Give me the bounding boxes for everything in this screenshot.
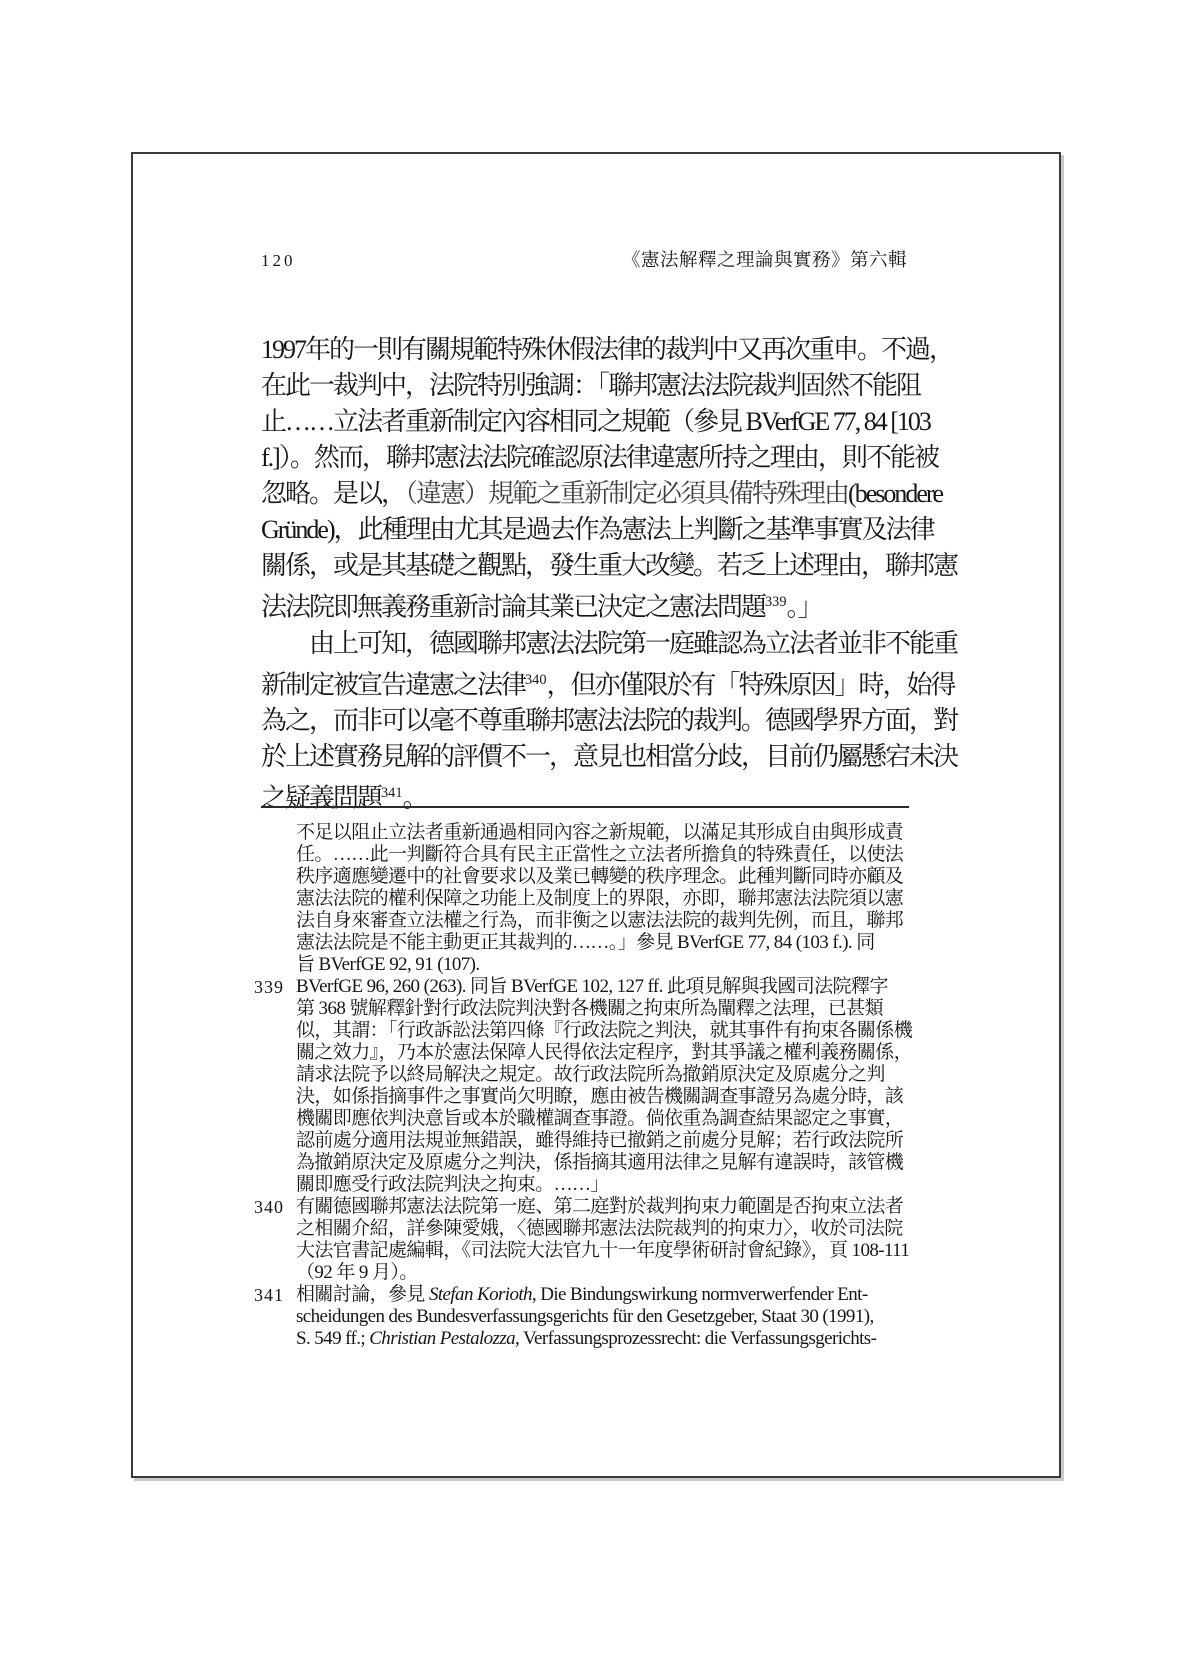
main-text-block: 1997年的一則有關規範特殊休假法律的裁判中又再次重申。不過， 在此一裁判中，法…	[261, 332, 913, 817]
running-header: 120 《憲法解釋之理論與實務》第六輯	[261, 246, 907, 272]
page-border: 120 《憲法解釋之理論與實務》第六輯 1997年的一則有關規範特殊休假法律的裁…	[131, 152, 1061, 1478]
body-text-line: 新制定被宣告違憲之法律340，但亦僅限於有「特殊原因」時，始得	[261, 662, 913, 704]
footnote: 339 BVerfGE 96, 260 (263). 同旨 BVerfGE 10…	[254, 976, 926, 1196]
body-text-line: 止……立法者重新制定內容相同之規範（參見 BVerfGE 77, 84 [103	[261, 404, 913, 440]
page-number: 120	[261, 251, 296, 271]
footnote-number: 340	[254, 1196, 296, 1218]
footnote-text: BVerfGE 96, 260 (263). 同旨 BVerfGE 102, 1…	[296, 976, 926, 1196]
body-text-line: Gründe)，此種理由尤其是過去作為憲法上判斷之基準事實及法律	[261, 512, 913, 548]
body-text-line: 為之，而非可以毫不尊重聯邦憲法法院的裁判。德國學界方面，對	[261, 703, 913, 739]
running-head-book-title: 《憲法解釋之理論與實務》第六輯	[622, 246, 907, 272]
footnote-text: 有關德國聯邦憲法法院第一庭、第二庭對於裁判拘束力範圍是否拘束立法者 之相關介紹，…	[296, 1196, 926, 1284]
body-text-line: 在此一裁判中，法院特別強調：「聯邦憲法法院裁判固然不能阻	[261, 368, 913, 404]
footnote-number: 339	[254, 976, 296, 998]
body-text-line: 由上可知，德國聯邦憲法法院第一庭雖認為立法者並非不能重	[261, 626, 913, 662]
footnote: 341 相關討論，參見 Stefan Korioth, Die Bindungs…	[254, 1284, 926, 1350]
footnote-text: 相關討論，參見 Stefan Korioth, Die Bindungswirk…	[296, 1284, 926, 1350]
footnote: 不足以阻止立法者重新通過相同內容之新規範，以滿足其形成自由與形成責 任。……此一…	[254, 822, 926, 976]
footnote-number: 341	[254, 1284, 296, 1306]
footnote-separator-rule	[261, 806, 909, 808]
body-text-line: 之疑義問題341。	[261, 775, 913, 817]
body-text-line: 於上述實務見解的評價不一，意見也相當分歧，目前仍屬懸宕未決	[261, 739, 913, 775]
footnotes-block: 不足以阻止立法者重新通過相同內容之新規範，以滿足其形成自由與形成責 任。……此一…	[254, 822, 926, 1350]
footnote: 340 有關德國聯邦憲法法院第一庭、第二庭對於裁判拘束力範圍是否拘束立法者 之相…	[254, 1196, 926, 1284]
body-text-line: 關係，或是其基礎之觀點，發生重大改變。若乏上述理由，聯邦憲	[261, 548, 913, 584]
body-text-line: 法法院即無義務重新討論其業已決定之憲法問題339。」	[261, 584, 913, 626]
footnote-text: 不足以阻止立法者重新通過相同內容之新規範，以滿足其形成自由與形成責 任。……此一…	[296, 822, 926, 976]
body-text-line: 1997年的一則有關規範特殊休假法律的裁判中又再次重申。不過，	[261, 332, 913, 368]
body-text-line: 忽略。是以，（違憲）規範之重新制定必須具備特殊理由(besondere	[261, 476, 913, 512]
body-text-line: f.]）。然而，聯邦憲法法院確認原法律違憲所持之理由，則不能被	[261, 440, 913, 476]
